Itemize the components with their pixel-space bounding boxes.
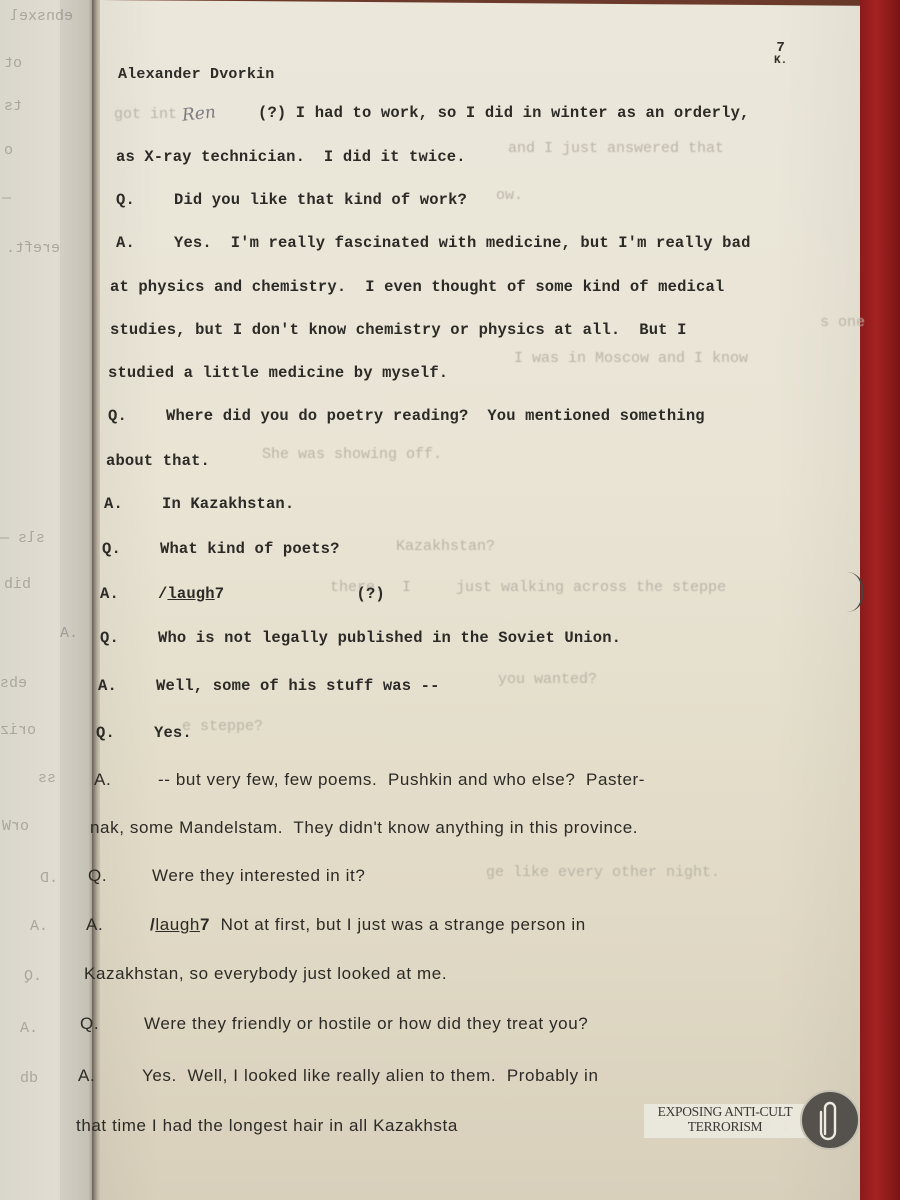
- mirrored-ghost-text: .A: [30, 918, 48, 935]
- transcript-text: Yes. I'm really fascinated with medicine…: [174, 234, 751, 252]
- mirrored-ghost-text: o: [4, 142, 13, 159]
- transcript-text: Who is not legally published in the Sovi…: [158, 629, 621, 647]
- transcript-line: Q.Did you like that kind of work?: [116, 191, 467, 209]
- bracket-close: 7: [215, 585, 224, 603]
- mirrored-ghost-text: ot: [4, 55, 22, 72]
- transcript-line: (?) I had to work, so I did in winter as…: [258, 104, 749, 122]
- bleed-through-text: s one: [820, 314, 865, 331]
- binder-edge: [860, 0, 900, 1200]
- transcript-text: (?) I had to work, so I did in winter as…: [258, 104, 749, 122]
- answer-label: A.: [86, 915, 150, 935]
- transcript-line: Q.Yes.: [96, 724, 192, 742]
- transcript-line: A.Yes. I'm really fascinated with medici…: [116, 234, 751, 252]
- question-label: Q.: [80, 1014, 144, 1034]
- handwritten-annotation: Ren: [181, 102, 217, 125]
- transcript-text: that time I had the longest hair in all …: [76, 1116, 458, 1135]
- transcript-text: Did you like that kind of work?: [174, 191, 467, 209]
- mirrored-ghost-text: ts: [4, 98, 22, 115]
- bleed-through-text: She was showing off.: [262, 446, 442, 463]
- answer-label: A.: [94, 770, 158, 790]
- answer-label: A.: [98, 677, 156, 695]
- bleed-through-text: you wanted?: [498, 671, 597, 688]
- transcript-line: Q.Were they friendly or hostile or how d…: [80, 1014, 588, 1034]
- transcript-text: Kazakhstan, so everybody just looked at …: [84, 964, 447, 983]
- transcript-text: In Kazakhstan.: [162, 495, 294, 513]
- transcript-line: Q.What kind of poets?: [102, 540, 340, 558]
- transcript-text: -- but very few, few poems. Pushkin and …: [158, 770, 645, 789]
- mirrored-ghost-text: sls —: [0, 530, 45, 547]
- question-label: Q.: [116, 191, 174, 209]
- bleed-through-text: got int: [114, 106, 177, 123]
- transcript-line: A.Yes. Well, I looked like really alien …: [78, 1066, 599, 1086]
- answer-label: A.: [104, 495, 162, 513]
- transcript-text: Yes. Well, I looked like really alien to…: [142, 1066, 599, 1085]
- transcript-line: A.In Kazakhstan.: [104, 495, 294, 513]
- transcript-line: A.-- but very few, few poems. Pushkin an…: [94, 770, 645, 790]
- bleed-through-text: Kazakhstan?: [396, 538, 495, 555]
- page-number-suffix: K.: [774, 55, 787, 68]
- transcript-line: studies, but I don't know chemistry or p…: [110, 321, 687, 339]
- mirrored-ghost-text: oriz: [0, 722, 36, 739]
- bracket-close: 7: [200, 915, 210, 934]
- bleed-through-text: ow.: [496, 187, 523, 204]
- transcript-text: studies, but I don't know chemistry or p…: [110, 321, 687, 339]
- question-label: Q.: [88, 866, 152, 886]
- watermark-line-1: EXPOSING ANTI-CULT: [644, 1104, 806, 1119]
- mirrored-ghost-text: .A: [60, 625, 78, 642]
- watermark-banner: EXPOSING ANTI-CULT TERRORISM: [644, 1104, 806, 1138]
- mirrored-ghost-text: orW: [2, 818, 29, 835]
- mirrored-ghost-text: ebnsxel: [10, 8, 73, 25]
- paperclip-icon: [800, 1090, 860, 1150]
- transcript-line: Kazakhstan, so everybody just looked at …: [84, 964, 447, 984]
- mirrored-ghost-text: —: [2, 190, 11, 207]
- question-label: Q.: [102, 540, 160, 558]
- interviewee-name-header: Alexander Dvorkin: [118, 66, 274, 83]
- laugh-annotation: laugh: [167, 585, 214, 603]
- laugh-annotation: laugh: [155, 915, 200, 934]
- transcript-text: What kind of poets?: [160, 540, 340, 558]
- bleed-through-text: ge like every other night.: [486, 864, 720, 881]
- transcript-line: studied a little medicine by myself.: [108, 364, 448, 382]
- answer-label: A.: [78, 1066, 142, 1086]
- answer-label: A.: [100, 585, 158, 603]
- mirrored-ghost-text: db: [20, 1070, 38, 1087]
- question-label: Q.: [96, 724, 154, 742]
- transcript-text: as X-ray technician. I did it twice.: [116, 148, 466, 166]
- transcript-line: Q.Who is not legally published in the So…: [100, 629, 621, 647]
- transcript-line: A./laugh7 (?): [100, 585, 385, 603]
- transcript-line: as X-ray technician. I did it twice.: [116, 148, 466, 166]
- mirrored-ghost-text: .A: [20, 1020, 38, 1037]
- transcript-line: Q.Were they interested in it?: [88, 866, 365, 886]
- mirrored-ghost-text: bib: [4, 576, 31, 593]
- transcript-text: studied a little medicine by myself.: [108, 364, 448, 382]
- bleed-through-text: and I just answered that: [508, 140, 724, 157]
- transcript-line: A./laugh7 Not at first, but I just was a…: [86, 915, 586, 935]
- transcript-text: (?): [357, 585, 385, 603]
- transcript-text: at physics and chemistry. I even thought…: [110, 278, 724, 296]
- watermark-line-2: TERRORISM: [644, 1119, 806, 1134]
- transcript-line: about that.: [106, 452, 210, 470]
- mirrored-ghost-text: .Q: [24, 968, 42, 985]
- transcript-text: Were they interested in it?: [152, 866, 365, 885]
- transcript-text: Not at first, but I just was a strange p…: [221, 915, 586, 934]
- mirrored-ghost-text: ereft.: [6, 240, 60, 257]
- page-number-value: 7: [776, 40, 784, 56]
- answer-label: A.: [116, 234, 174, 252]
- question-label: Q.: [100, 629, 158, 647]
- transcript-line: at physics and chemistry. I even thought…: [110, 278, 724, 296]
- transcript-text: nak, some Mandelstam. They didn't know a…: [90, 818, 638, 837]
- transcript-line: that time I had the longest hair in all …: [76, 1116, 458, 1136]
- transcript-line: nak, some Mandelstam. They didn't know a…: [90, 818, 638, 838]
- bleed-through-text: there. I just walking across the steppe: [330, 579, 726, 596]
- bleed-through-text: I was in Moscow and I know: [514, 350, 748, 367]
- transcript-text: Yes.: [154, 724, 192, 742]
- transcript-text: about that.: [106, 452, 210, 470]
- transcript-text: Well, some of his stuff was --: [156, 677, 440, 695]
- question-label: Q.: [108, 407, 166, 425]
- transcript-line: A.Well, some of his stuff was --: [98, 677, 440, 695]
- mirrored-ghost-text: .D: [40, 870, 58, 887]
- mirrored-ghost-text: ss: [38, 770, 56, 787]
- bleed-through-text: e steppe?: [182, 718, 263, 735]
- transcript-text: Where did you do poetry reading? You men…: [166, 407, 705, 425]
- transcript-text: Were they friendly or hostile or how did…: [144, 1014, 588, 1033]
- page-number: 7 K.: [774, 42, 787, 68]
- mirrored-ghost-text: ebs: [0, 675, 27, 692]
- transcript-line: Q.Where did you do poetry reading? You m…: [108, 407, 705, 425]
